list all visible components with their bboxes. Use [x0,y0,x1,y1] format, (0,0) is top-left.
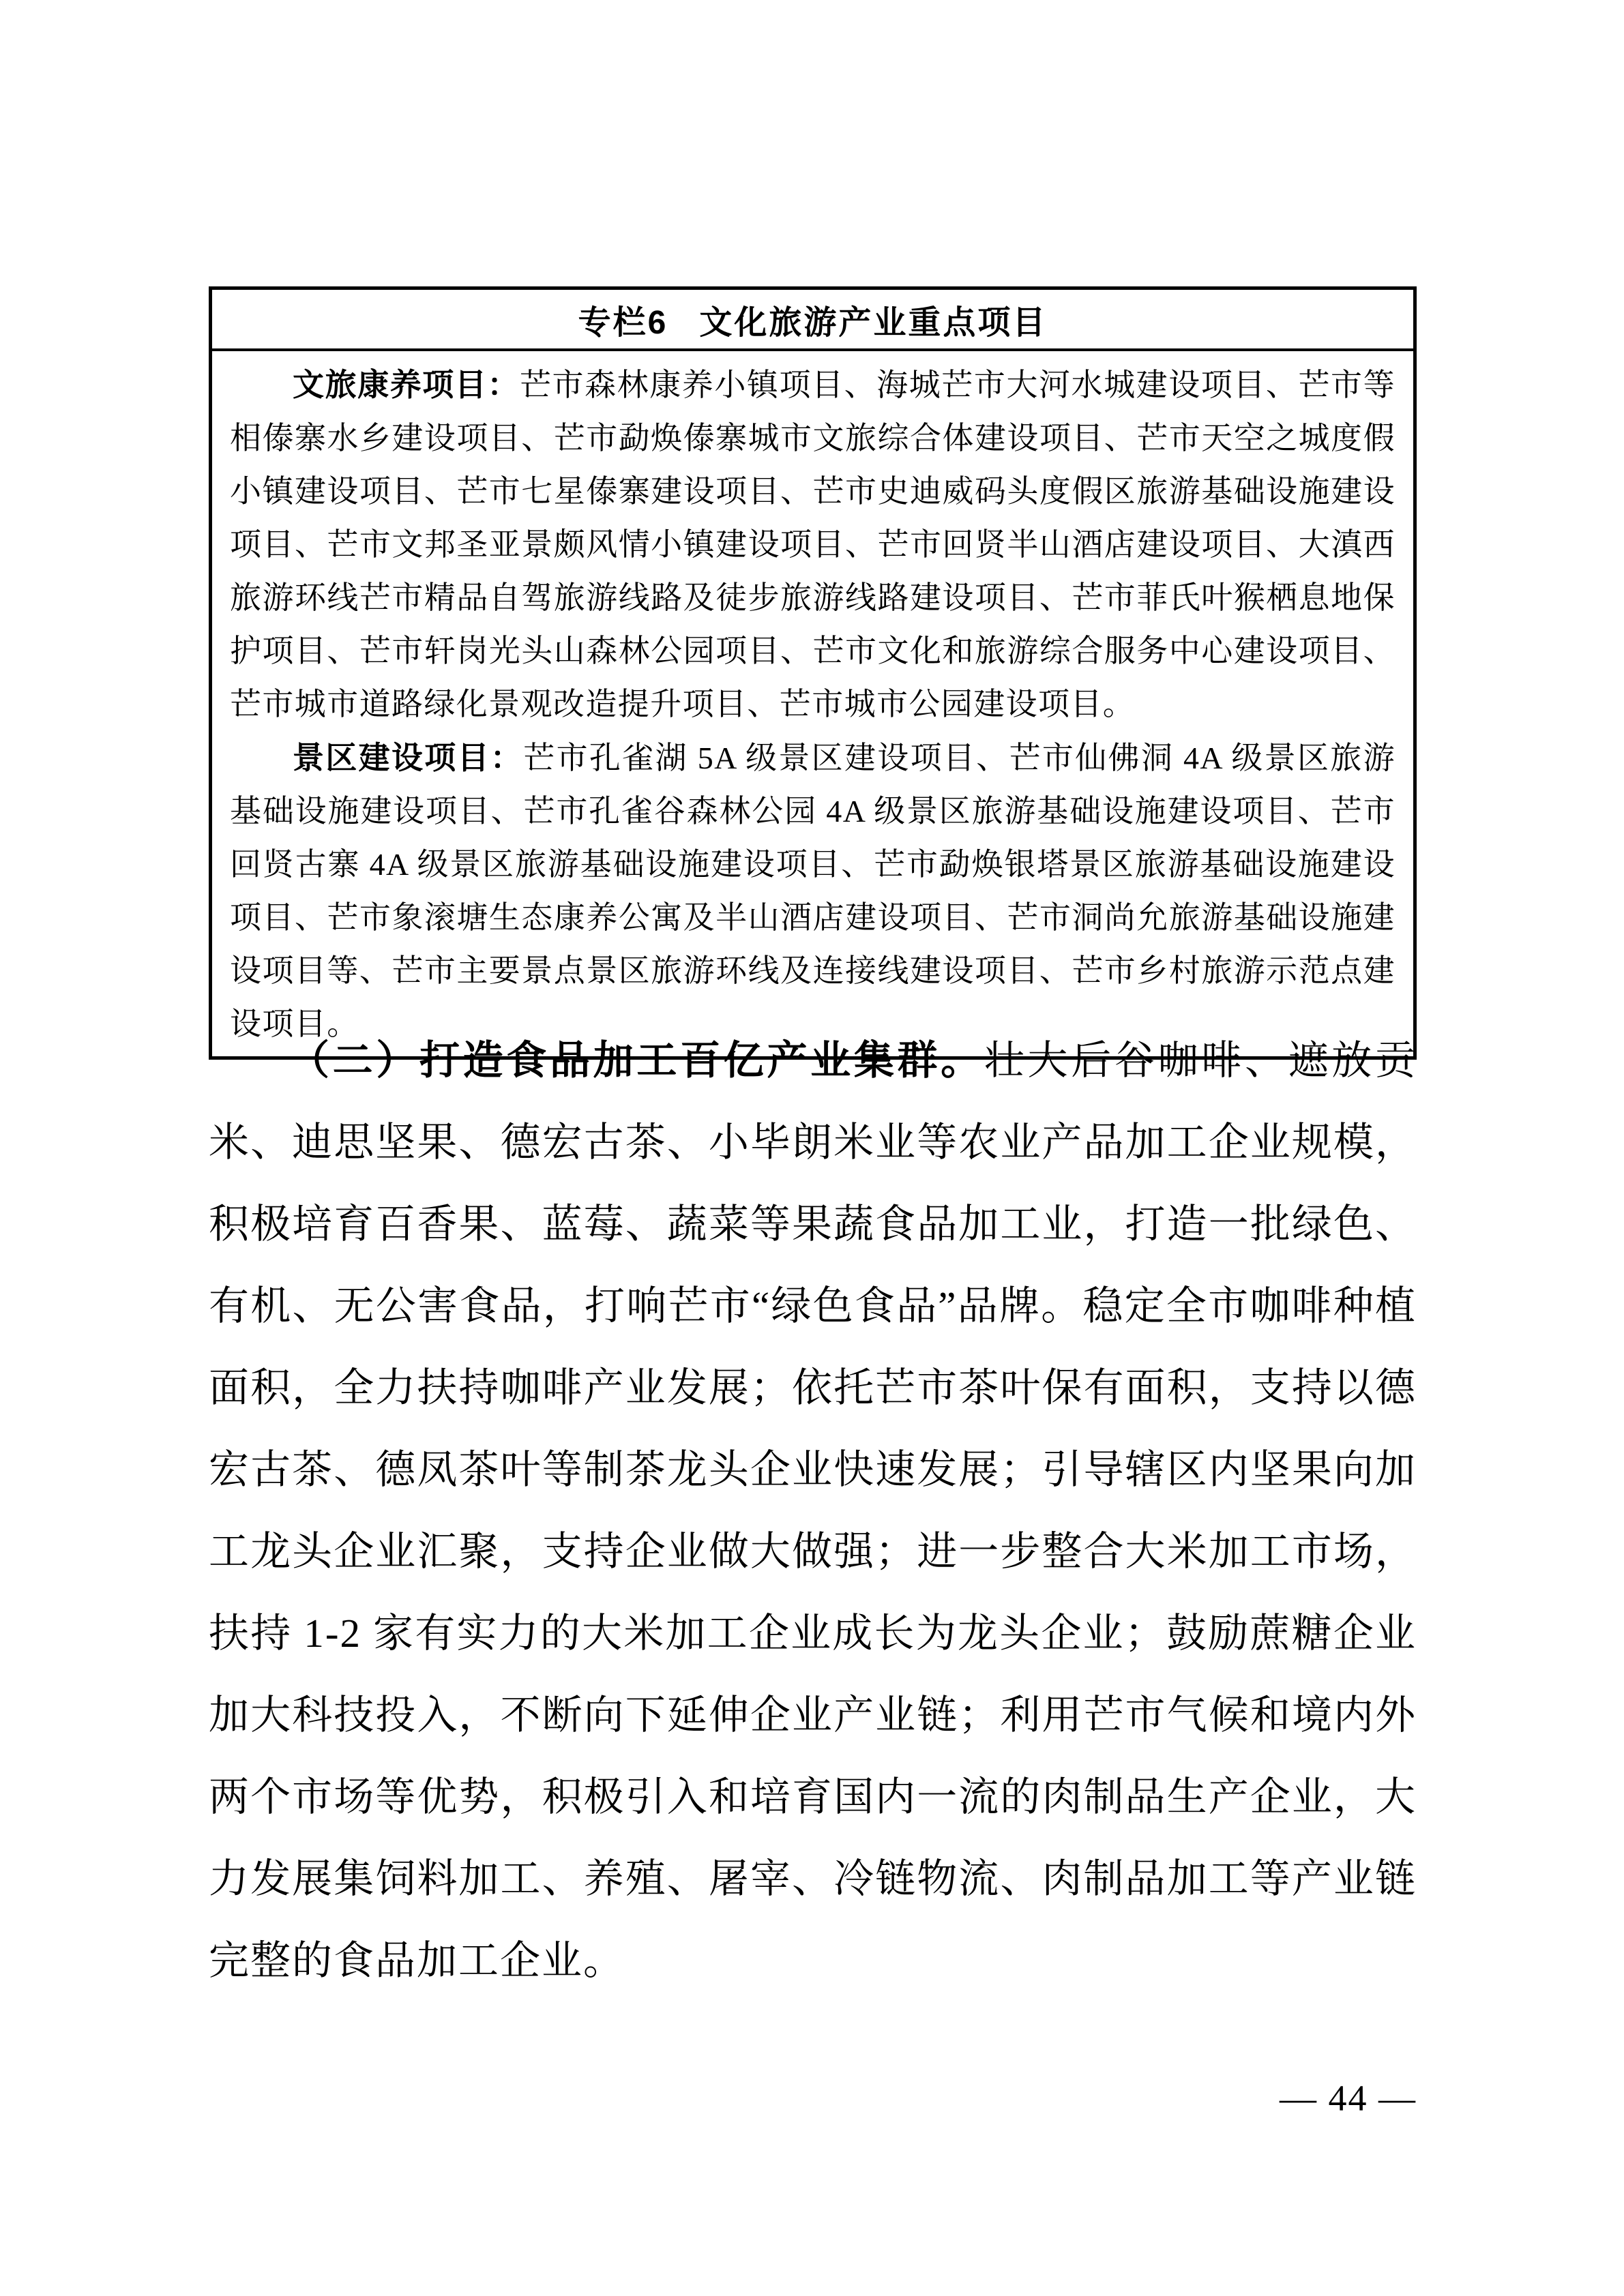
page-number: — 44 — [1280,2078,1417,2119]
page-footer: — 44 — [209,2077,1417,2119]
callout-paragraph-wenlv-kangyang: 文旅康养项目：芒市森林康养小镇项目、海城芒市大河水城建设项目、芒市等相傣寨水乡建… [230,358,1396,731]
callout-box: 专栏6 文化旅游产业重点项目 文旅康养项目：芒市森林康养小镇项目、海城芒市大河水… [209,286,1417,1060]
document-page: 专栏6 文化旅游产业重点项目 文旅康养项目：芒市森林康养小镇项目、海城芒市大河水… [0,0,1624,2296]
callout-box-title: 专栏6 文化旅游产业重点项目 [212,290,1413,351]
callout-paragraph-wenlv-kangyang-label: 文旅康养项目： [293,367,520,402]
body-paragraph: （二）打造食品加工百亿产业集群。壮大后谷咖啡、遮放贡米、迪思坚果、德宏古茶、小毕… [209,1019,1417,2001]
callout-box-body: 文旅康养项目：芒市森林康养小镇项目、海城芒市大河水城建设项目、芒市等相傣寨水乡建… [212,351,1413,1056]
callout-paragraph-jingqu-jianshe-label: 景区建设项目： [293,740,523,775]
callout-box-title-text: 文化旅游产业重点项目 [699,296,1047,343]
body-paragraph-text: 壮大后谷咖啡、遮放贡米、迪思坚果、德宏古茶、小毕朗米业等农业产品加工企业规模，积… [209,1038,1417,1983]
callout-paragraph-jingqu-jianshe-text: 芒市孔雀湖 5A 级景区建设项目、芒市仙佛洞 4A 级景区旅游基础设施建设项目、… [230,741,1396,1041]
callout-paragraph-jingqu-jianshe: 景区建设项目：芒市孔雀湖 5A 级景区建设项目、芒市仙佛洞 4A 级景区旅游基础… [230,731,1396,1051]
body-paragraph-lead: （二）打造食品加工百亿产业集群。 [289,1038,984,1083]
callout-box-title-prefix: 专栏6 [578,296,668,343]
callout-paragraph-wenlv-kangyang-text: 芒市森林康养小镇项目、海城芒市大河水城建设项目、芒市等相傣寨水乡建设项目、芒市勐… [230,368,1396,721]
